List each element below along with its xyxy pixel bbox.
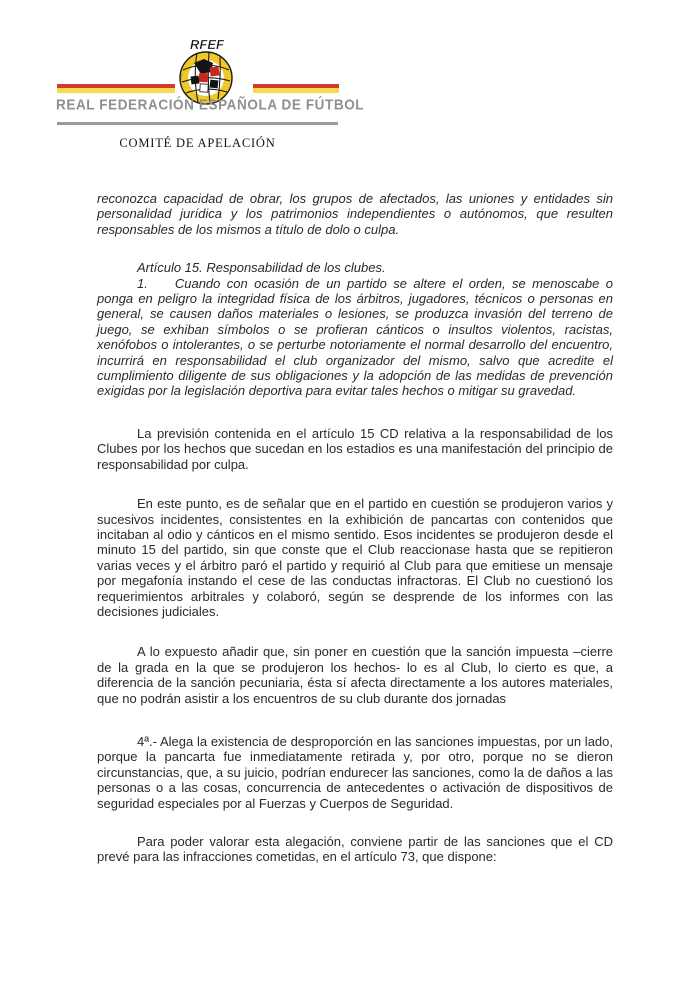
- flag-stripe-yellow: [57, 88, 175, 93]
- list-item-text: Cuando con ocasión de un partido se alte…: [97, 276, 613, 399]
- paragraph-article-15-heading: Artículo 15. Responsabilidad de los club…: [97, 260, 613, 275]
- paragraph-incidentes: En este punto, es de señalar que en el p…: [97, 496, 613, 619]
- document-body: reconozca capacidad de obrar, los grupos…: [97, 191, 613, 865]
- list-number: 1.: [137, 276, 148, 291]
- flag-stripe-left: [57, 84, 175, 94]
- rfef-letters: RFEF: [190, 37, 225, 52]
- paragraph-prevision: La previsión contenida en el artículo 15…: [97, 426, 613, 472]
- paragraph-continuation: reconozca capacidad de obrar, los grupos…: [97, 191, 613, 237]
- committee-title: COMITÉ DE APELACIÓN: [57, 136, 338, 151]
- flag-stripe-yellow: [253, 88, 339, 93]
- flag-stripe-right: [253, 84, 339, 94]
- paragraph-sancion-impuesta: A lo expuesto añadir que, sin poner en c…: [97, 644, 613, 706]
- paragraph-article-15-item-1: 1.Cuando con ocasión de un partido se al…: [97, 276, 613, 399]
- paragraph-alegacion-4: 4ª.- Alega la existencia de desproporció…: [97, 734, 613, 811]
- document-page: RFEF REAL FEDERACIÓN ESPAÑOLA DE FÚTBOL …: [0, 0, 693, 995]
- paragraph-valoracion: Para poder valorar esta alegación, convi…: [97, 834, 613, 865]
- header-divider: [57, 122, 338, 125]
- federation-name: REAL FEDERACIÓN ESPAÑOLA DE FÚTBOL: [56, 96, 340, 113]
